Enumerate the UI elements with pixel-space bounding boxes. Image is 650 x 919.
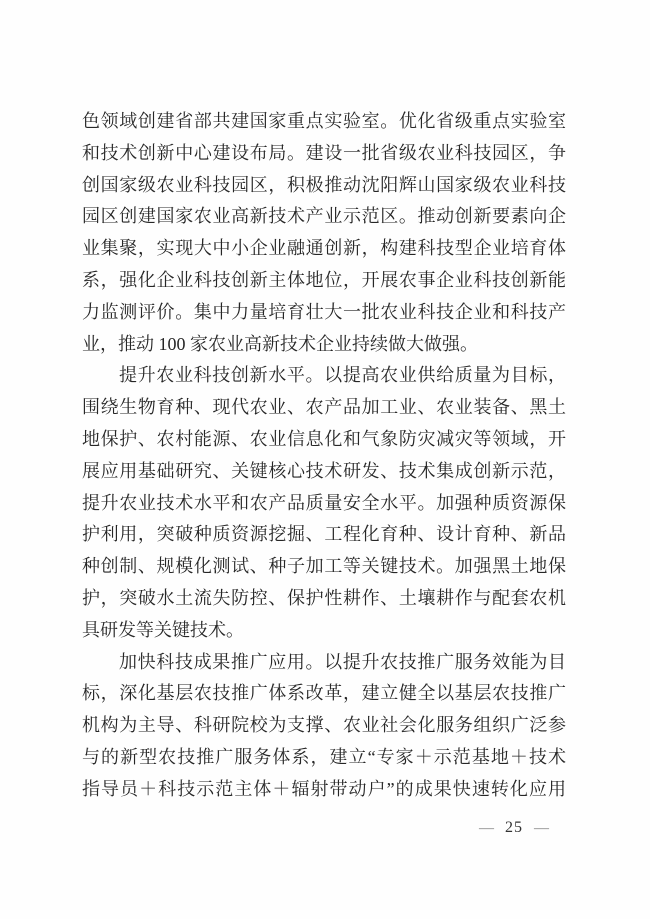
page-number: — 25 — xyxy=(479,819,549,837)
text-line: 指导员＋科技示范主体＋辐射带动户”的成果快速转化应用 xyxy=(82,774,566,806)
text-line: 护，突破水土流失防控、保护性耕作、土壤耕作与配套农机 xyxy=(82,583,566,615)
text-line: 提升农业技术水平和农产品质量安全水平。加强种质资源保 xyxy=(82,488,566,520)
text-line: 系，强化企业科技创新主体地位，开展农事企业科技创新能 xyxy=(82,265,566,297)
text-line: 标，深化基层农技推广体系改革，建立健全以基层农技推广 xyxy=(82,678,566,710)
text-line: 加快科技成果推广应用。以提升农技推广服务效能为目 xyxy=(82,647,566,679)
page-number-value: 25 xyxy=(505,819,523,837)
page-number-dash-right: — xyxy=(534,821,549,835)
text-line: 机构为主导、科研院校为支撑、农业社会化服务组织广泛参 xyxy=(82,710,566,742)
text-line: 围绕生物育种、现代农业、农产品加工业、农业装备、黑土 xyxy=(82,392,566,424)
text-line: 创国家级农业科技园区，积极推动沈阳辉山国家级农业科技 xyxy=(82,170,566,202)
text-line: 业集聚，实现大中小企业融通创新，构建科技型企业培育体 xyxy=(82,233,566,265)
paragraph: 提升农业科技创新水平。以提高农业供给质量为目标，围绕生物育种、现代农业、农产品加… xyxy=(82,360,566,646)
document-text: 色领域创建省部共建国家重点实验室。优化省级重点实验室和技术创新中心建设布局。建设… xyxy=(82,106,566,806)
text-line: 种创制、规模化测试、种子加工等关键技术。加强黑土地保 xyxy=(82,551,566,583)
paragraph: 色领域创建省部共建国家重点实验室。优化省级重点实验室和技术创新中心建设布局。建设… xyxy=(82,106,566,360)
text-line: 业，推动 100 家农业高新技术企业持续做大做强。 xyxy=(82,329,566,361)
text-line: 护利用，突破种质资源挖掘、工程化育种、设计育种、新品 xyxy=(82,519,566,551)
text-line: 具研发等关键技术。 xyxy=(82,615,566,647)
document-page: 色领域创建省部共建国家重点实验室。优化省级重点实验室和技术创新中心建设布局。建设… xyxy=(0,0,650,919)
page-number-dash-left: — xyxy=(479,821,494,835)
text-line: 展应用基础研究、关键核心技术研发、技术集成创新示范， xyxy=(82,456,566,488)
text-line: 与的新型农技推广服务体系，建立“专家＋示范基地＋技术 xyxy=(82,742,566,774)
paragraph: 加快科技成果推广应用。以提升农技推广服务效能为目标，深化基层农技推广体系改革，建… xyxy=(82,647,566,806)
text-line: 提升农业科技创新水平。以提高农业供给质量为目标， xyxy=(82,360,566,392)
text-line: 园区创建国家农业高新技术产业示范区。推动创新要素向企 xyxy=(82,201,566,233)
text-line: 色领域创建省部共建国家重点实验室。优化省级重点实验室 xyxy=(82,106,566,138)
text-line: 地保护、农村能源、农业信息化和气象防灾减灾等领域，开 xyxy=(82,424,566,456)
text-line: 力监测评价。集中力量培育壮大一批农业科技企业和科技产 xyxy=(82,297,566,329)
text-line: 和技术创新中心建设布局。建设一批省级农业科技园区，争 xyxy=(82,138,566,170)
